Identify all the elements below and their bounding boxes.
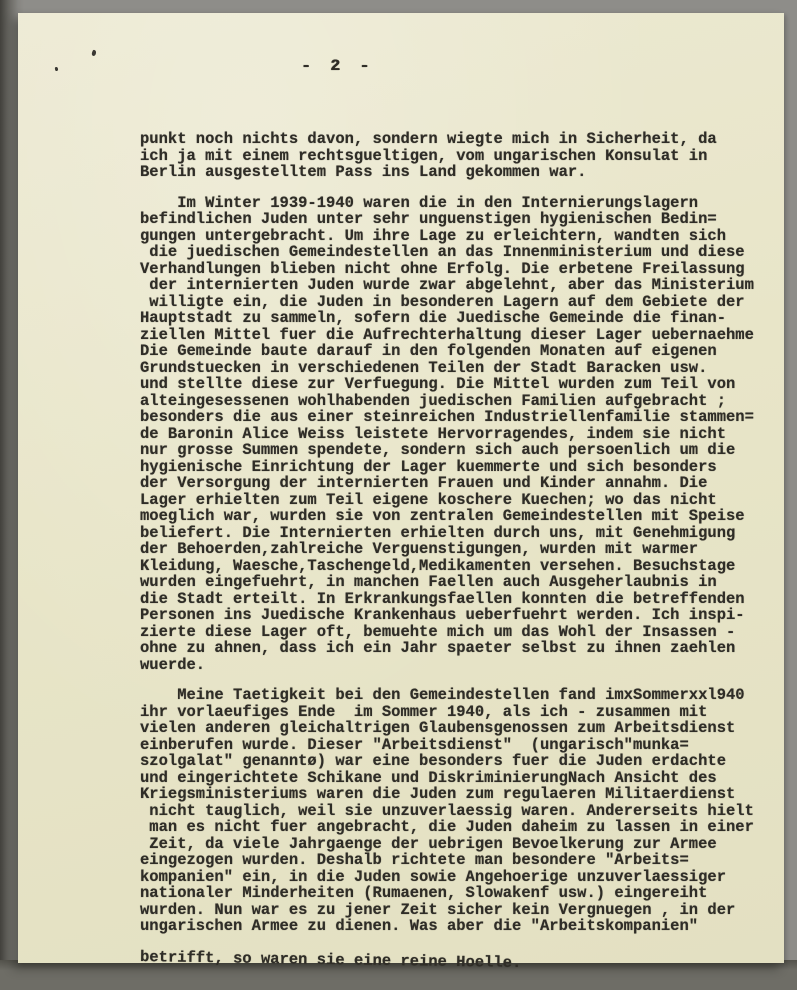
photo-of-typed-page: - 2 - punkt noch nichts davon, sondern w… — [0, 0, 797, 990]
paragraph-intro: punkt noch nichts davon, sondern wiegte … — [140, 131, 770, 181]
ink-speck — [55, 67, 59, 71]
paper-sheet: - 2 - punkt noch nichts davon, sondern w… — [18, 13, 784, 963]
paragraph-winter-1939-1940: Im Winter 1939-1940 waren die in den Int… — [140, 195, 770, 674]
ink-speck — [91, 50, 97, 57]
paragraph-arbeitsdienst: Meine Taetigkeit bei den Gemeindestellen… — [140, 687, 770, 935]
typed-text-block: punkt noch nichts davon, sondern wiegte … — [140, 131, 770, 965]
page-number: - 2 - — [301, 58, 374, 75]
